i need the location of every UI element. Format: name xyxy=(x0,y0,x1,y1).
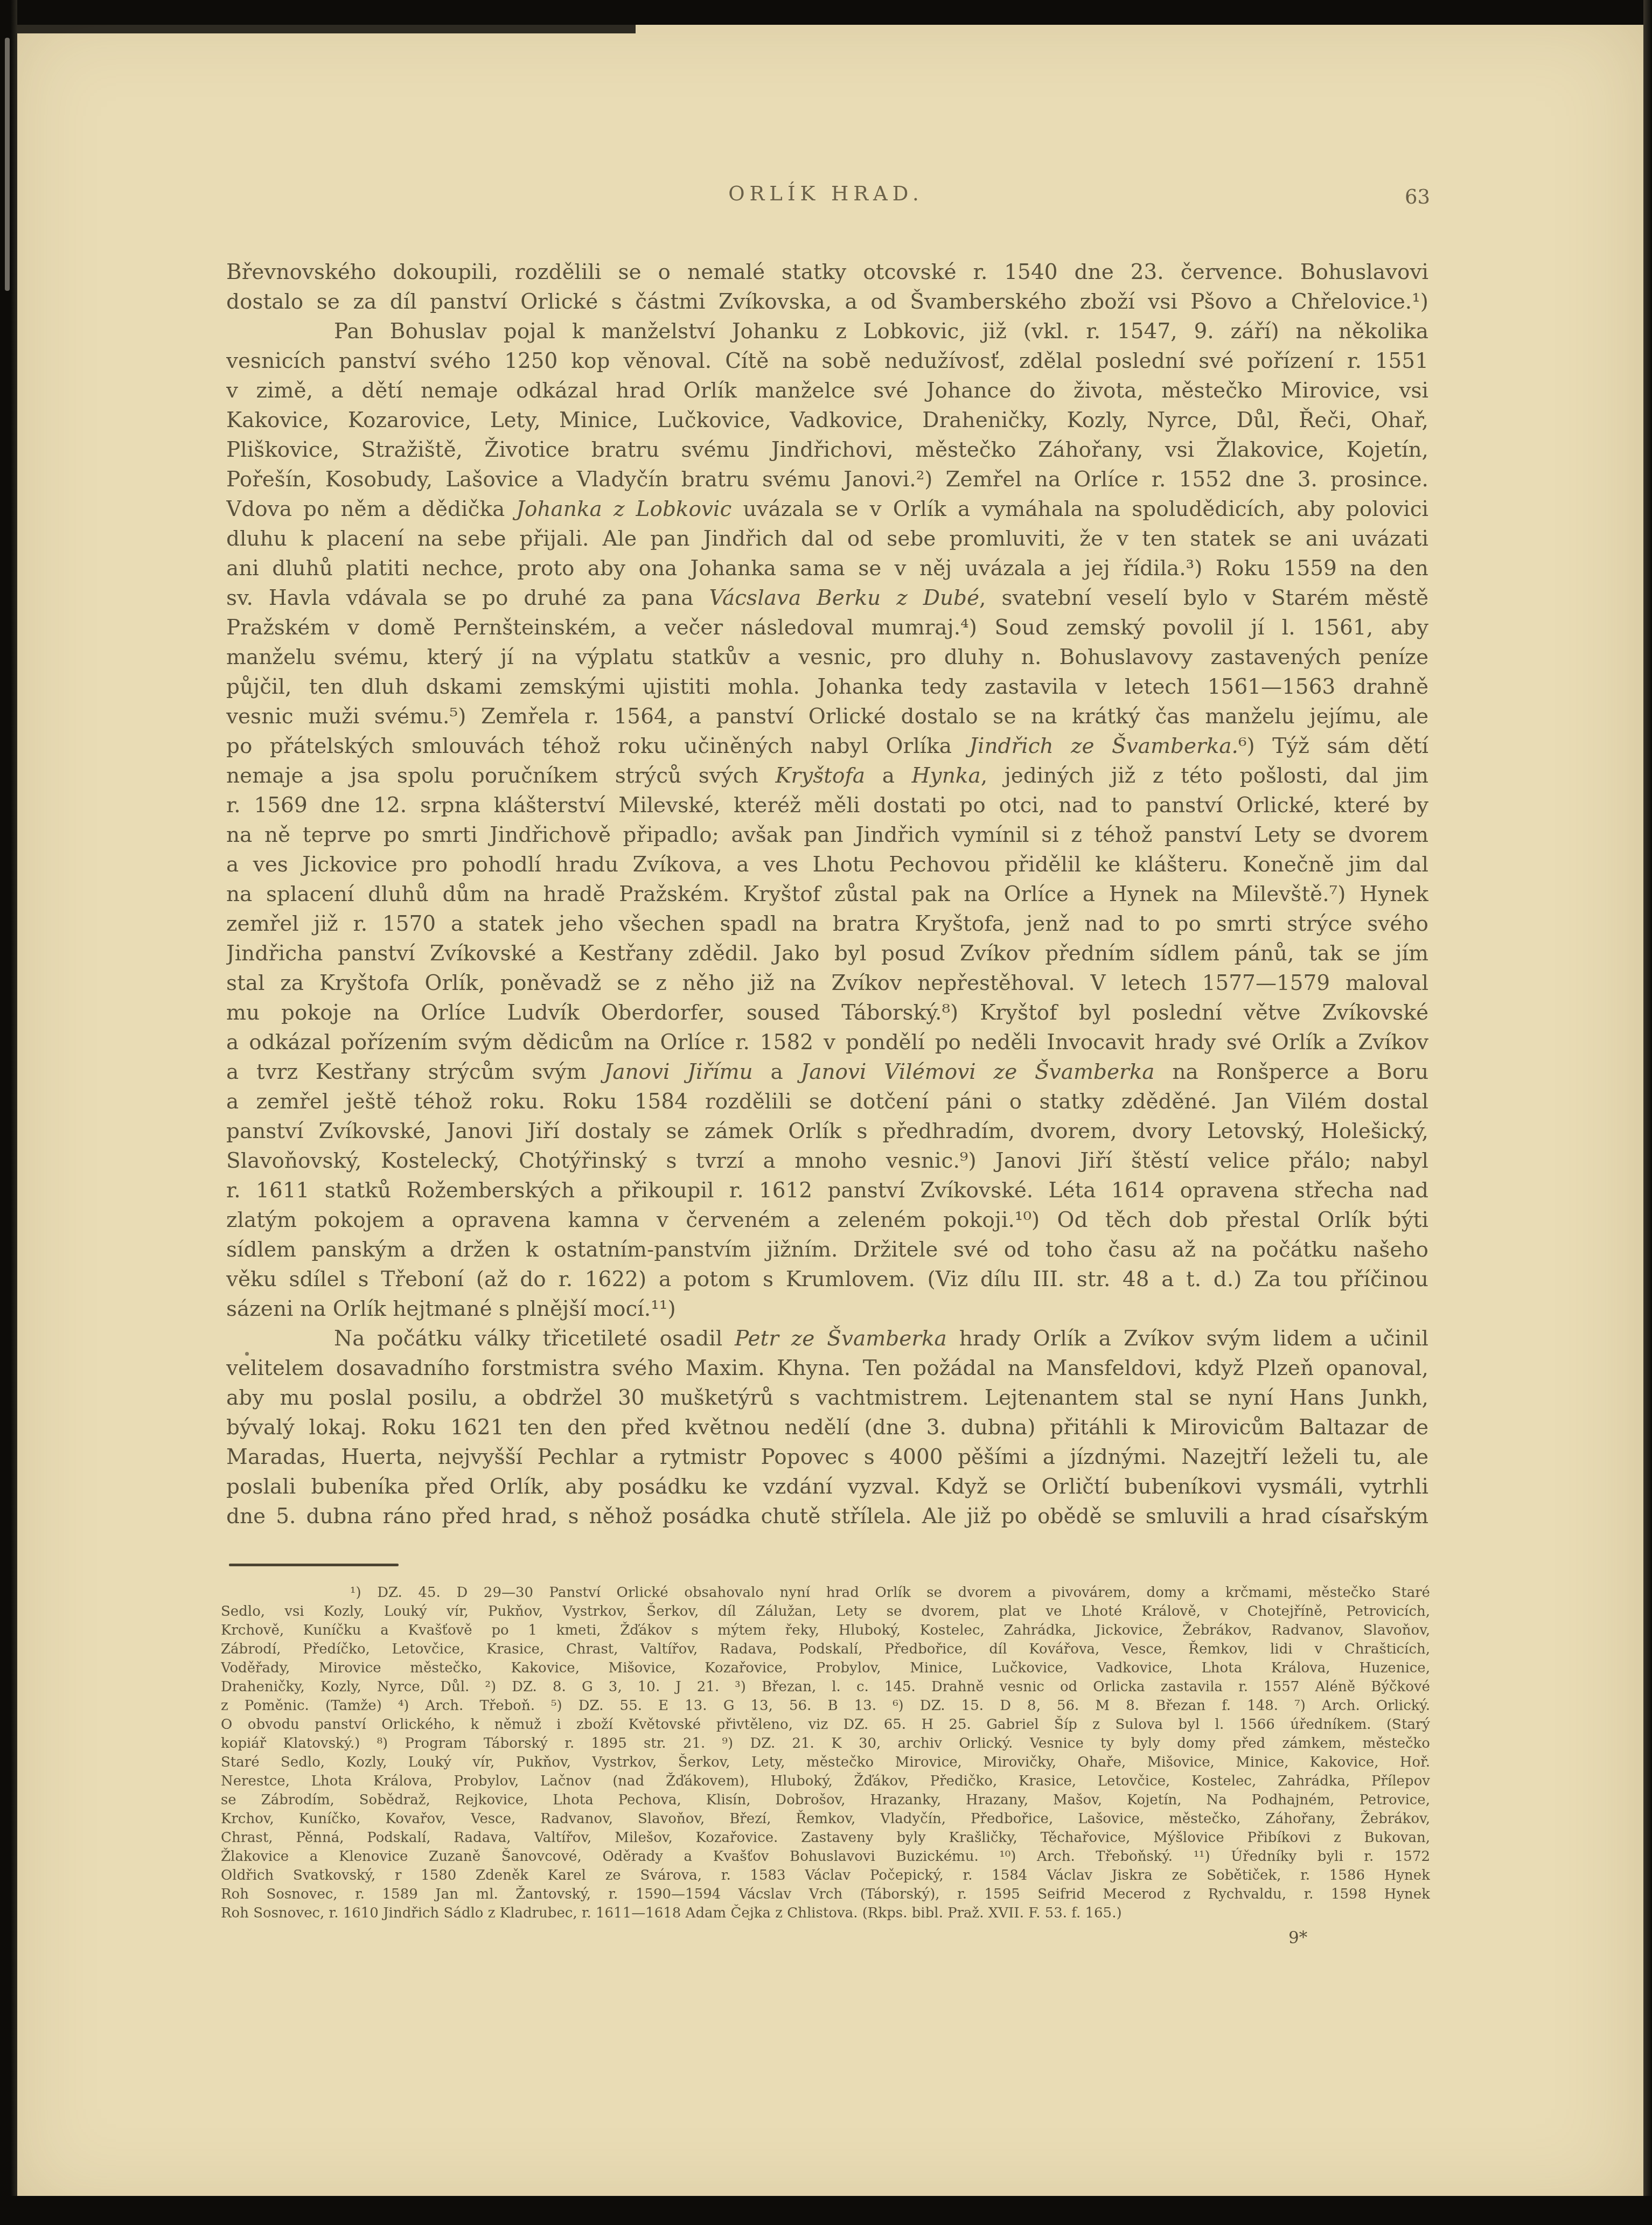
text-segment: a xyxy=(865,764,912,788)
text-line: poslali bubeníka před Orlík, aby posádku… xyxy=(226,1472,1428,1502)
scan-border-top xyxy=(0,0,1652,25)
text-segment: poslali bubeníka před Orlík, aby posádku… xyxy=(226,1475,1428,1499)
text-line: dostalo se za díl panství Orlické s část… xyxy=(226,287,1428,317)
text-line: Voděřady, Mirovice městečko, Kakovice, M… xyxy=(221,1659,1430,1678)
text-line: Nerestce, Lhota Králova, Probylov, Lačno… xyxy=(221,1772,1430,1791)
text-line: a odkázal pořízením svým dědicům na Orlí… xyxy=(226,1028,1428,1057)
page-number: 63 xyxy=(1405,185,1430,208)
text-line: stal za Kryštofa Orlík, poněvadž se z ně… xyxy=(226,968,1428,998)
text-segment: Pan Bohuslav pojal k manželství Johanku … xyxy=(334,319,1428,344)
signature-mark: 9* xyxy=(1288,1928,1307,1948)
text-segment: Zábrodí, Předíčko, Letovčice, Krasice, C… xyxy=(221,1641,1430,1657)
text-segment: velitelem dosavadního forstmistra svého … xyxy=(226,1356,1428,1380)
main-text-block: Břevnovského dokoupili, rozdělili se o n… xyxy=(226,257,1428,1531)
text-line: velitelem dosavadního forstmistra svého … xyxy=(226,1354,1428,1383)
text-line: Zábrodí, Předíčko, Letovčice, Krasice, C… xyxy=(221,1640,1430,1659)
text-segment: Krchov, Kuníčko, Kovařov, Vesce, Radvano… xyxy=(221,1811,1430,1827)
text-line: Draheničky, Kozly, Nyrce, Důl. ²) DZ. 8.… xyxy=(221,1678,1430,1697)
text-line: Sedlo, vsi Kozly, Louký vír, Pukňov, Vys… xyxy=(221,1602,1430,1621)
text-segment: , jediných již z této pošlosti, dal jim xyxy=(981,764,1428,788)
text-segment: Pliškovice, Stražiště, Životice bratru s… xyxy=(226,438,1428,462)
text-line: Pořešín, Kosobudy, Lašovice a Vladyčín b… xyxy=(226,465,1428,494)
text-line: dluhu k placení na sebe přijali. Ale pan… xyxy=(226,524,1428,554)
text-segment: O obvodu panství Orlického, k němuž i zb… xyxy=(221,1717,1430,1733)
text-segment: sázeni na Orlík hejtmané s plnější mocí.… xyxy=(226,1297,676,1321)
text-segment: z Poměnic. (Tamže) ⁴) Arch. Třeboň. ⁵) D… xyxy=(221,1698,1430,1714)
text-line: vesnic muži svému.⁵) Zemřela r. 1564, a … xyxy=(226,702,1428,731)
text-segment: Nerestce, Lhota Králova, Probylov, Lačno… xyxy=(221,1773,1430,1789)
text-line: věku sdílel s Třeboní (až do r. 1622) a … xyxy=(226,1265,1428,1294)
text-line: Maradas, Huerta, nejvyšší Pechlar a rytm… xyxy=(226,1442,1428,1472)
text-segment: kopiář Klatovský.) ⁸) Program Táborský r… xyxy=(221,1735,1430,1752)
text-segment: Chrast, Pěnná, Podskalí, Radava, Valtířo… xyxy=(221,1830,1430,1846)
text-segment: ⁶) Týž sám dětí xyxy=(1238,734,1428,758)
text-line: aby mu poslal posilu, a obdržel 30 muške… xyxy=(226,1383,1428,1413)
text-segment: věku sdílel s Třeboní (až do r. 1622) a … xyxy=(226,1267,1428,1292)
text-segment: Staré Sedlo, Kozly, Louký vír, Pukňov, V… xyxy=(221,1754,1430,1770)
text-segment: nemaje a jsa spolu poručníkem strýců svý… xyxy=(226,764,775,788)
italic-text-segment: Hynka xyxy=(912,764,981,788)
text-line: sázeni na Orlík hejtmané s plnější mocí.… xyxy=(226,1294,1428,1324)
text-segment: a xyxy=(753,1060,801,1084)
text-segment: dostalo se za díl panství Orlické s část… xyxy=(226,290,1428,314)
italic-text-segment: Janovi Jiřímu xyxy=(604,1060,753,1084)
text-line: bývalý lokaj. Roku 1621 ten den před kvě… xyxy=(226,1413,1428,1442)
text-segment: vesnicích panství svého 1250 kop věnoval… xyxy=(226,349,1428,373)
text-segment: Krchově, Kuníčku a Kvašťově po 1 kmeti, … xyxy=(221,1622,1430,1638)
text-line: zlatým pokojem a opravena kamna v červen… xyxy=(226,1205,1428,1235)
text-segment: Sedlo, vsi Kozly, Louký vír, Pukňov, Vys… xyxy=(221,1603,1430,1620)
text-segment: Žlakovice a Klenovice Zuzaně Šanovcové, … xyxy=(221,1849,1430,1865)
text-line: sv. Havla vdávala se po druhé za pana Vá… xyxy=(226,583,1428,613)
text-line: ani dluhů platiti nechce, proto aby ona … xyxy=(226,554,1428,583)
text-line: O obvodu panství Orlického, k němuž i zb… xyxy=(221,1715,1430,1734)
text-segment: Vdova po něm a dědička xyxy=(226,497,516,521)
text-segment: panství Zvíkovské, Janovi Jiří dostaly s… xyxy=(226,1119,1428,1143)
text-segment: Maradas, Huerta, nejvyšší Pechlar a rytm… xyxy=(226,1445,1428,1469)
italic-text-segment: Vácslava Berku z Dubé xyxy=(709,586,979,610)
text-segment: se Zábrodím, Sobědraž, Rejkovice, Lhota … xyxy=(221,1792,1430,1808)
text-line: Roh Sosnovec, r. 1589 Jan ml. Žantovský,… xyxy=(221,1885,1430,1904)
text-line: panství Zvíkovské, Janovi Jiří dostaly s… xyxy=(226,1117,1428,1146)
text-segment: vesnic muži svému.⁵) Zemřela r. 1564, a … xyxy=(226,705,1428,729)
text-segment: Břevnovského dokoupili, rozdělili se o n… xyxy=(226,260,1428,284)
text-segment: ¹) DZ. 45. D 29—30 Panství Orlické obsah… xyxy=(350,1585,1430,1601)
text-segment: mu pokoje na Orlíce Ludvík Oberdorfer, s… xyxy=(226,1001,1428,1025)
text-segment: půjčil, ten dluh dskami zemskými ujistit… xyxy=(226,675,1428,699)
text-segment: Roh Sosnovec, r. 1610 Jindřich Sádlo z K… xyxy=(221,1905,1122,1921)
text-segment: Na počátku války třicetileté osadil xyxy=(334,1327,735,1351)
footnotes-block: ¹) DZ. 45. D 29—30 Panství Orlické obsah… xyxy=(221,1584,1430,1923)
text-segment: stal za Kryštofa Orlík, poněvadž se z ně… xyxy=(226,971,1428,995)
scan-border-right xyxy=(1643,0,1652,2225)
text-line: Oldřich Svatkovský, r 1580 Zdeněk Karel … xyxy=(221,1866,1430,1885)
text-line: a ves Jickovice pro pohodlí hradu Zvíkov… xyxy=(226,850,1428,880)
text-line: Roh Sosnovec, r. 1610 Jindřich Sádlo z K… xyxy=(221,1904,1430,1923)
text-segment: a tvrz Kestřany strýcům svým xyxy=(226,1060,604,1084)
text-segment: dluhu k placení na sebe přijali. Ale pan… xyxy=(226,527,1428,551)
text-segment: v zimě, a dětí nemaje odkázal hrad Orlík… xyxy=(226,379,1428,403)
text-segment: Draheničky, Kozly, Nyrce, Důl. ²) DZ. 8.… xyxy=(221,1679,1430,1695)
footnote-separator-rule xyxy=(229,1564,399,1566)
print-speck xyxy=(245,1352,249,1356)
text-line: Břevnovského dokoupili, rozdělili se o n… xyxy=(226,257,1428,287)
text-segment: manželu svému, který jí na výplatu statk… xyxy=(226,645,1428,669)
text-segment: r. 1611 statků Rožemberských a přikoupil… xyxy=(226,1178,1428,1203)
text-segment: a odkázal pořízením svým dědicům na Orlí… xyxy=(226,1030,1428,1055)
text-segment: sídlem panským a držen k ostatním-panstv… xyxy=(226,1238,1428,1262)
text-line: na splacení dluhů dům na hradě Pražském.… xyxy=(226,880,1428,909)
text-segment: hrady Orlík a Zvíkov svým lidem a učinil xyxy=(947,1327,1428,1351)
text-segment: uvázala se v Orlík a vymáhala na spoludě… xyxy=(731,497,1428,521)
text-line: Krchov, Kuníčko, Kovařov, Vesce, Radvano… xyxy=(221,1810,1430,1829)
italic-text-segment: Janovi Vilémovi ze Švamberka xyxy=(801,1060,1155,1084)
text-line: Krchově, Kuníčku a Kvašťově po 1 kmeti, … xyxy=(221,1621,1430,1640)
text-line: ¹) DZ. 45. D 29—30 Panství Orlické obsah… xyxy=(221,1584,1430,1602)
text-line: půjčil, ten dluh dskami zemskými ujistit… xyxy=(226,672,1428,702)
text-line: Pan Bohuslav pojal k manželství Johanku … xyxy=(226,317,1428,346)
text-line: sídlem panským a držen k ostatním-panstv… xyxy=(226,1235,1428,1265)
text-line: vesnicích panství svého 1250 kop věnoval… xyxy=(226,346,1428,376)
text-segment: na splacení dluhů dům na hradě Pražském.… xyxy=(226,882,1428,906)
text-line: Pražském v domě Pernšteinském, a večer n… xyxy=(226,613,1428,643)
text-line: manželu svému, který jí na výplatu statk… xyxy=(226,643,1428,672)
text-line: na ně teprve po smrti Jindřichově připad… xyxy=(226,820,1428,850)
scan-border-bottom xyxy=(0,2196,1652,2225)
text-segment: zlatým pokojem a opravena kamna v červen… xyxy=(226,1208,1428,1232)
text-segment: na ně teprve po smrti Jindřichově připad… xyxy=(226,823,1428,847)
book-page: ORLÍK HRAD. 63 Břevnovského dokoupili, r… xyxy=(0,0,1652,2225)
text-segment: zemřel již r. 1570 a statek jeho všechen… xyxy=(226,912,1428,936)
text-line: a zemřel ještě téhož roku. Roku 1584 roz… xyxy=(226,1087,1428,1117)
text-segment: bývalý lokaj. Roku 1621 ten den před kvě… xyxy=(226,1415,1428,1440)
text-line: po přátelských smlouvách téhož roku učin… xyxy=(226,731,1428,761)
text-segment: Jindřicha panství Zvíkovské a Kestřany z… xyxy=(226,941,1428,966)
text-segment: Oldřich Svatkovský, r 1580 Zdeněk Karel … xyxy=(221,1867,1430,1884)
text-segment: Slavoňovský, Kostelecký, Chotýřinský s t… xyxy=(226,1149,1428,1173)
text-line: zemřel již r. 1570 a statek jeho všechen… xyxy=(226,909,1428,939)
scan-border-left xyxy=(0,0,17,2225)
italic-text-segment: Kryštofa xyxy=(775,764,865,788)
text-segment: Voděřady, Mirovice městečko, Kakovice, M… xyxy=(221,1660,1430,1676)
text-segment: na Ronšperce a Boru xyxy=(1155,1060,1428,1084)
text-line: nemaje a jsa spolu poručníkem strýců svý… xyxy=(226,761,1428,791)
page-edge-highlight xyxy=(5,38,10,291)
text-line: r. 1611 statků Rožemberských a přikoupil… xyxy=(226,1176,1428,1205)
text-segment: a zemřel ještě téhož roku. Roku 1584 roz… xyxy=(226,1090,1428,1114)
text-line: Na počátku války třicetileté osadil Petr… xyxy=(226,1324,1428,1354)
text-line: Chrast, Pěnná, Podskalí, Radava, Valtířo… xyxy=(221,1829,1430,1847)
italic-text-segment: Petr ze Švamberka xyxy=(735,1327,947,1351)
text-line: Slavoňovský, Kostelecký, Chotýřinský s t… xyxy=(226,1146,1428,1176)
text-segment: a ves Jickovice pro pohodlí hradu Zvíkov… xyxy=(226,853,1428,877)
text-line: Jindřicha panství Zvíkovské a Kestřany z… xyxy=(226,939,1428,968)
text-segment: Kakovice, Kozarovice, Lety, Minice, Lučk… xyxy=(226,408,1428,433)
text-segment: sv. Havla vdávala se po druhé za pana xyxy=(226,586,709,610)
text-segment: Roh Sosnovec, r. 1589 Jan ml. Žantovský,… xyxy=(221,1886,1430,1902)
text-line: r. 1569 dne 12. srpna klášterství Milevs… xyxy=(226,791,1428,820)
text-segment: po přátelských smlouvách téhož roku učin… xyxy=(226,734,969,758)
text-line: a tvrz Kestřany strýcům svým Janovi Jiří… xyxy=(226,1057,1428,1087)
italic-text-segment: Johanka z Lobkovic xyxy=(516,497,731,521)
text-segment: dne 5. dubna ráno před hrad, s něhož pos… xyxy=(226,1504,1428,1529)
text-segment: Pražském v domě Pernšteinském, a večer n… xyxy=(226,616,1428,640)
text-line: Pliškovice, Stražiště, Životice bratru s… xyxy=(226,435,1428,465)
text-line: Kakovice, Kozarovice, Lety, Minice, Lučk… xyxy=(226,406,1428,435)
text-line: se Zábrodím, Sobědraž, Rejkovice, Lhota … xyxy=(221,1791,1430,1810)
text-line: Vdova po něm a dědička Johanka z Lobkovi… xyxy=(226,494,1428,524)
text-line: dne 5. dubna ráno před hrad, s něhož pos… xyxy=(226,1502,1428,1531)
text-segment: ani dluhů platiti nechce, proto aby ona … xyxy=(226,556,1428,581)
text-line: mu pokoje na Orlíce Ludvík Oberdorfer, s… xyxy=(226,998,1428,1028)
text-segment: Pořešín, Kosobudy, Lašovice a Vladyčín b… xyxy=(226,468,1428,492)
italic-text-segment: Jindřich ze Švamberka. xyxy=(969,734,1238,758)
text-segment: aby mu poslal posilu, a obdržel 30 muške… xyxy=(226,1386,1428,1410)
text-segment: r. 1569 dne 12. srpna klášterství Milevs… xyxy=(226,793,1428,818)
text-line: kopiář Klatovský.) ⁸) Program Táborský r… xyxy=(221,1734,1430,1753)
text-line: Staré Sedlo, Kozly, Louký vír, Pukňov, V… xyxy=(221,1753,1430,1772)
text-line: v zimě, a dětí nemaje odkázal hrad Orlík… xyxy=(226,376,1428,406)
text-segment: , svatební veselí bylo v Starém městě xyxy=(979,586,1428,610)
text-line: Žlakovice a Klenovice Zuzaně Šanovcové, … xyxy=(221,1847,1430,1866)
text-line: z Poměnic. (Tamže) ⁴) Arch. Třeboň. ⁵) D… xyxy=(221,1697,1430,1715)
